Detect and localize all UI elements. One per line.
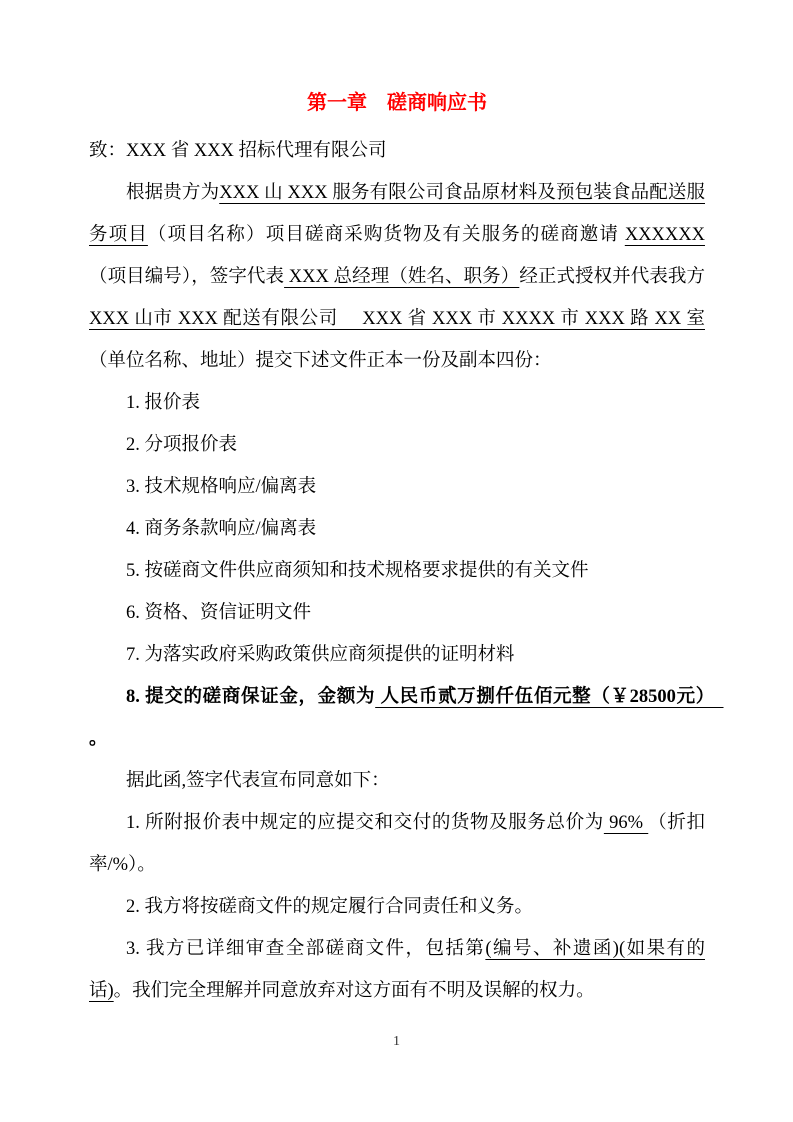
text-segment: 96%	[604, 813, 648, 833]
text-segment: 8. 提交的磋商保证金，金额为	[126, 687, 375, 707]
text-segment: 据此函,签字代表宣布同意如下：	[126, 771, 390, 791]
text-segment: 5. 按磋商文件供应商须知和技术规格要求提供的有关文件	[126, 561, 589, 581]
text-segment: 1. 报价表	[126, 393, 200, 413]
page-number: 1	[0, 1034, 793, 1050]
text-segment: （项目名称）项目磋商采购货物及有关服务的磋商邀请	[148, 225, 625, 245]
text-segment: （项目编号），签字代表	[89, 267, 284, 287]
text-segment: 根据贵方为	[126, 183, 219, 203]
text-segment: 1. 所附报价表中规定的应提交和交付的货物及服务总价为	[126, 813, 604, 833]
salutation-line: 致：XXX 省 XXX 招标代理有限公司	[89, 130, 705, 172]
submitted-doc-item-6: 6. 资格、资信证明文件	[89, 592, 705, 634]
text-segment: 3. 技术规格响应/偏离表	[126, 477, 316, 497]
agreement-item-2: 2. 我方将按磋商文件的规定履行合同责任和义务。	[89, 886, 705, 928]
declaration-intro: 据此函,签字代表宣布同意如下：	[89, 760, 705, 802]
text-segment: XXX 总经理（姓名、职务）	[284, 267, 519, 287]
text-segment: 2. 分项报价表	[126, 435, 237, 455]
submitted-doc-item-3: 3. 技术规格响应/偏离表	[89, 466, 705, 508]
text-segment: 4. 商务条款响应/偏离表	[126, 519, 316, 539]
text-segment: （单位名称、地址）提交下述文件正本一份及副本四份：	[89, 351, 552, 371]
submitted-doc-item-8: 8. 提交的磋商保证金，金额为 人民币贰万捌仟伍佰元整（￥28500元） 。	[89, 676, 705, 760]
text-segment: 人民币贰万捌仟伍佰元整（￥28500元）	[375, 687, 723, 707]
text-segment: 致：XXX 省 XXX 招标代理有限公司	[89, 141, 387, 161]
text-segment: XXXXXX	[625, 225, 705, 245]
text-segment: 6. 资格、资信证明文件	[126, 603, 311, 623]
chapter-title: 第一章 磋商响应书	[89, 86, 705, 120]
text-segment: XXX 山市 XXX 配送有限公司 XXX 省 XXX 市 XXXX 市 XXX…	[89, 309, 705, 329]
agreement-item-1: 1. 所附报价表中规定的应提交和交付的货物及服务总价为 96% （折扣率/%）。	[89, 802, 705, 886]
submitted-doc-item-1: 1. 报价表	[89, 382, 705, 424]
submitted-doc-item-5: 5. 按磋商文件供应商须知和技术规格要求提供的有关文件	[89, 550, 705, 592]
submitted-doc-item-2: 2. 分项报价表	[89, 424, 705, 466]
text-segment: 。	[89, 729, 108, 749]
submitted-doc-item-7: 7. 为落实政府采购政策供应商须提供的证明材料	[89, 634, 705, 676]
submitted-doc-item-4: 4. 商务条款响应/偏离表	[89, 508, 705, 550]
text-segment: 经正式授权并代表我方	[519, 267, 705, 287]
text-segment: 2. 我方将按磋商文件的规定履行合同责任和义务。	[126, 897, 533, 917]
agreement-item-3: 3. 我方已详细审查全部磋商文件，包括第(编号、补遗函)(如果有的话)。我们完全…	[89, 928, 705, 1012]
text-segment: 3. 我方已详细审查全部磋商文件，包括第	[126, 939, 485, 959]
text-segment: 。我们完全理解并同意放弃对这方面有不明及误解的权力。	[114, 981, 595, 1001]
document-page: 第一章 磋商响应书 致：XXX 省 XXX 招标代理有限公司 根据贵方为XXX …	[0, 0, 793, 1122]
intro-paragraph: 根据贵方为XXX 山 XXX 服务有限公司食品原材料及预包装食品配送服务项目（项…	[89, 172, 705, 382]
text-segment: 7. 为落实政府采购政策供应商须提供的证明材料	[126, 645, 515, 665]
